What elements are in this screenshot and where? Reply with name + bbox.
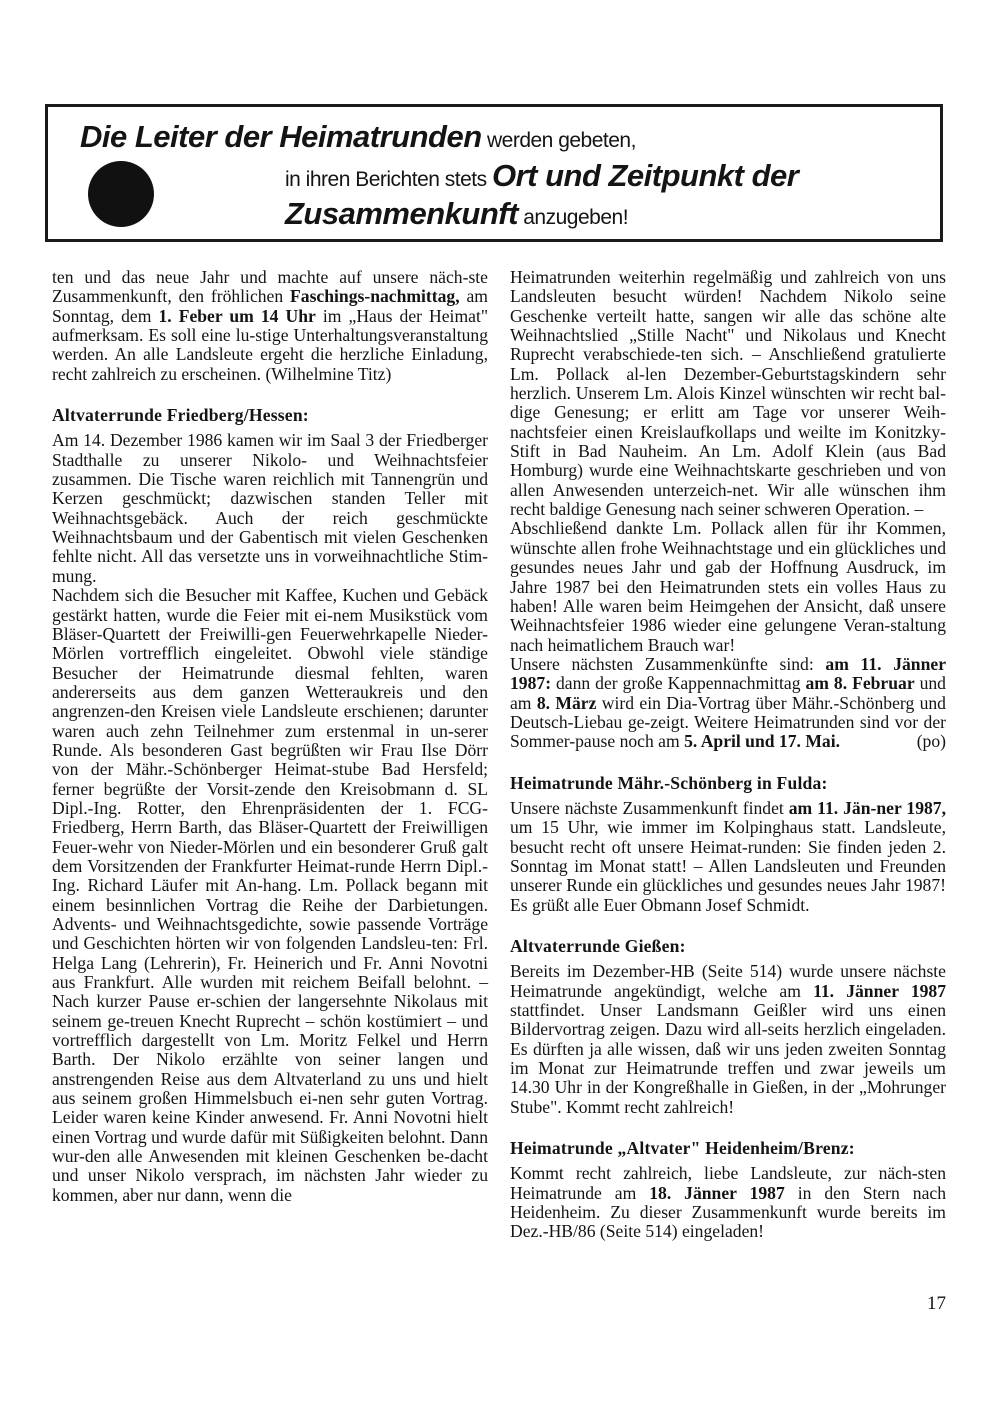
bold-text: am 8. Februar bbox=[806, 673, 915, 693]
text: Unsere nächsten Zusammenkünfte sind: bbox=[510, 654, 825, 674]
paragraph: Heimatrunden weiterhin regelmäßig und za… bbox=[510, 268, 946, 519]
bold-text: 18. Jänner 1987 bbox=[649, 1183, 785, 1203]
page-number: 17 bbox=[927, 1293, 946, 1315]
bold-text: 5. April und 17. Mai. bbox=[684, 731, 840, 751]
author-initials: (po) bbox=[917, 732, 946, 751]
text: dann der große Kappennachmittag bbox=[551, 673, 805, 693]
section-heading-friedberg: Altvaterrunde Friedberg/Hessen: bbox=[52, 406, 488, 425]
paragraph: Am 14. Dezember 1986 kamen wir im Saal 3… bbox=[52, 431, 488, 586]
section-heading-giessen: Altvaterrunde Gießen: bbox=[510, 937, 946, 956]
continuation-paragraph: ten und das neue Jahr und machte auf uns… bbox=[52, 268, 488, 384]
paragraph: Bereits im Dezember-HB (Seite 514) wurde… bbox=[510, 962, 946, 1117]
notice-box: Die Leiter der Heimatrunden werden gebet… bbox=[45, 104, 943, 242]
paragraph: Kommt recht zahlreich, liebe Landsleute,… bbox=[510, 1164, 946, 1241]
bold-text: am 11. Jän-ner 1987, bbox=[789, 798, 946, 818]
bullet-dot-icon bbox=[88, 161, 154, 227]
spacer bbox=[510, 1117, 946, 1139]
notice-emphasis: Zusammenkunft bbox=[285, 196, 518, 231]
bold-text: 1. Feber um 14 Uhr bbox=[158, 306, 315, 326]
spacer bbox=[510, 915, 946, 937]
right-column: Heimatrunden weiterhin regelmäßig und za… bbox=[510, 268, 946, 1242]
notice-emphasis: Die Leiter der Heimatrunden bbox=[80, 119, 482, 154]
notice-line-3: Zusammenkunft anzugeben! bbox=[285, 196, 628, 232]
schedule-paragraph: Unsere nächsten Zusammenkünfte sind: am … bbox=[510, 655, 946, 752]
paragraph: Abschließend dankte Lm. Pollack allen fü… bbox=[510, 519, 946, 654]
section-heading-heidenheim: Heimatrunde „Altvater" Heidenheim/Brenz: bbox=[510, 1139, 946, 1158]
paragraph: Unsere nächste Zusammenkunft findet am 1… bbox=[510, 799, 946, 915]
notice-text: werden gebeten, bbox=[482, 129, 636, 152]
text: Unsere nächste Zusammenkunft findet bbox=[510, 798, 789, 818]
notice-emphasis: Ort und Zeitpunkt der bbox=[492, 158, 798, 193]
text: stattfindet. Unser Landsmann Geißler wir… bbox=[510, 1000, 946, 1117]
notice-text: in ihren Berichten stets bbox=[285, 168, 492, 191]
section-heading-fulda: Heimatrunde Mähr.-Schönberg in Fulda: bbox=[510, 774, 946, 793]
notice-text: anzugeben! bbox=[518, 206, 628, 229]
paragraph: Nachdem sich die Besucher mit Kaffee, Ku… bbox=[52, 586, 488, 1205]
text: um 15 Uhr, wie immer im Kolpinghaus stat… bbox=[510, 817, 946, 914]
left-column: ten und das neue Jahr und machte auf uns… bbox=[52, 268, 488, 1205]
notice-line-2: in ihren Berichten stets Ort und Zeitpun… bbox=[285, 158, 798, 194]
bold-text: 8. März bbox=[537, 693, 597, 713]
bold-text: 11. Jänner 1987 bbox=[813, 981, 946, 1001]
notice-line-1: Die Leiter der Heimatrunden werden gebet… bbox=[80, 119, 636, 155]
spacer bbox=[510, 752, 946, 774]
bold-text: Faschings-nachmittag, bbox=[290, 286, 460, 306]
spacer bbox=[52, 384, 488, 406]
